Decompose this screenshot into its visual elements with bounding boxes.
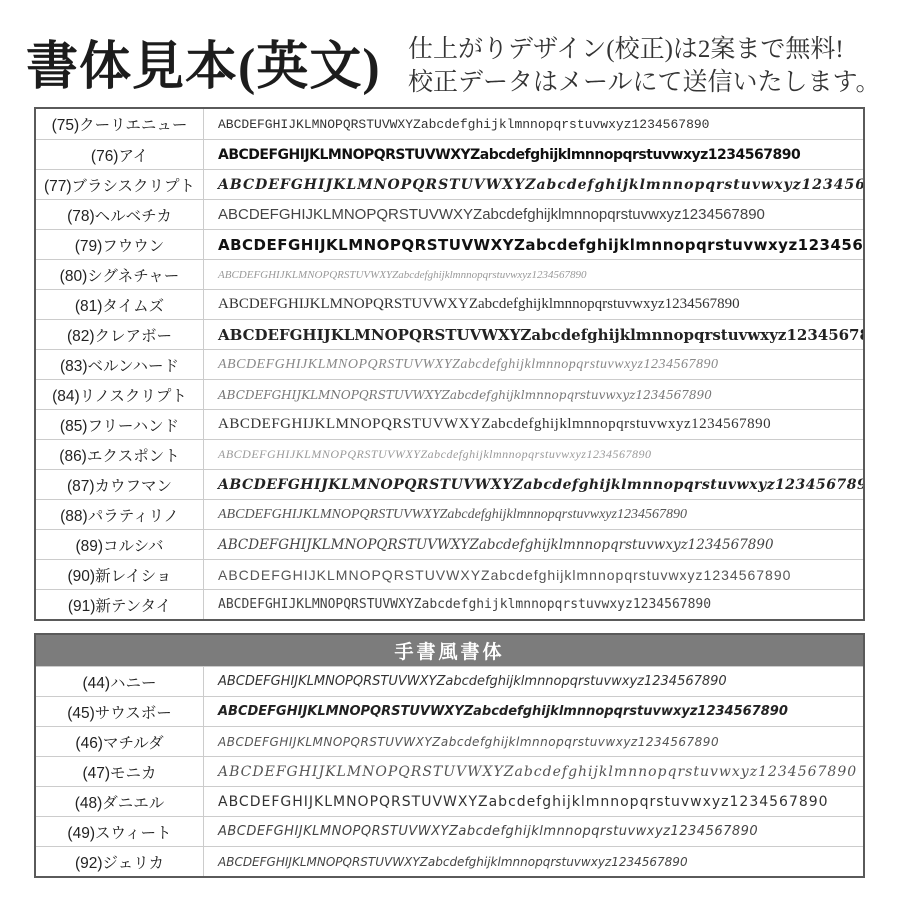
table-row: (78)ヘルベチカ ABCDEFGHIJKLMNOPQRSTUVWXYZabcd… [36,199,863,229]
table-row: (92)ジェリカ ABCDEFGHIJKLMNOPQRSTUVWXYZabcde… [36,846,863,876]
font-sample: ABCDEFGHIJKLMNOPQRSTUVWXYZabcdefghijklmn… [204,697,863,726]
table-row: (76)アイ ABCDEFGHIJKLMNOPQRSTUVWXYZabcdefg… [36,139,863,169]
table-row: (91)新テンタイ ABCDEFGHIJKLMNOPQRSTUVWXYZabcd… [36,589,863,619]
font-label: (89)コルシバ [36,530,204,559]
font-sample: ABCDEFGHIJKLMNOPQRSTUVWXYZabcdefghijklmn… [204,470,863,499]
promo-line-1: 仕上がりデザイン(校正)は2案まで無料! [408,33,881,66]
font-sample: ABCDEFGHIJKLMNOPQRSTUVWXYZabcdefghijklmn… [204,350,863,379]
table-row: (80)シグネチャー ABCDEFGHIJKLMNOPQRSTUVWXYZabc… [36,259,863,289]
table-row: (47)モニカ ABCDEFGHIJKLMNOPQRSTUVWXYZabcdef… [36,756,863,786]
table-row: (48)ダニエル ABCDEFGHIJKLMNOPQRSTUVWXYZabcde… [36,786,863,816]
table-row: (46)マチルダ ABCDEFGHIJKLMNOPQRSTUVWXYZabcde… [36,726,863,756]
font-label: (79)フウウン [36,230,204,259]
table-row: (86)エクスポント ABCDEFGHIJKLMNOPQRSTUVWXYZabc… [36,439,863,469]
font-label: (81)タイムズ [36,290,204,319]
table-row: (79)フウウン ABCDEFGHIJKLMNOPQRSTUVWXYZabcde… [36,229,863,259]
font-label: (84)リノスクリプト [36,380,204,409]
font-sample: ABCDEFGHIJKLMNOPQRSTUVWXYZabcdefghijklmn… [204,290,863,319]
font-label: (49)スウィート [36,817,204,846]
table-row: (85)フリーハンド ABCDEFGHIJKLMNOPQRSTUVWXYZabc… [36,409,863,439]
table-row: (87)カウフマン ABCDEFGHIJKLMNOPQRSTUVWXYZabcd… [36,469,863,499]
font-sample: ABCDEFGHIJKLMNOPQRSTUVWXYZabcdefghijklmn… [204,230,863,259]
font-sample: ABCDEFGHIJKLMNOPQRSTUVWXYZabcdefghijklmn… [204,530,863,559]
page-title: 書体見本(英文) [26,24,381,99]
table-row: (83)ベルンハード ABCDEFGHIJKLMNOPQRSTUVWXYZabc… [36,349,863,379]
font-label: (87)カウフマン [36,470,204,499]
font-label: (80)シグネチャー [36,260,204,289]
font-label: (92)ジェリカ [36,847,204,876]
font-label: (44)ハニー [36,667,204,696]
font-sample: ABCDEFGHIJKLMNOPQRSTUVWXYZabcdefghijklmn… [204,817,863,846]
table-row: (82)クレアボー ABCDEFGHIJKLMNOPQRSTUVWXYZabcd… [36,319,863,349]
font-label: (86)エクスポント [36,440,204,469]
font-label: (88)パラティリノ [36,500,204,529]
font-table-english: (75)クーリエニュー ABCDEFGHIJKLMNOPQRSTUVWXYZab… [34,107,865,621]
font-sample: ABCDEFGHIJKLMNOPQRSTUVWXYZabcdefghijklmn… [204,440,863,469]
font-sample: ABCDEFGHIJKLMNOPQRSTUVWXYZabcdefghijklmn… [204,260,863,289]
font-sample: ABCDEFGHIJKLMNOPQRSTUVWXYZabcdefghijklmn… [204,320,863,349]
font-sample: ABCDEFGHIJKLMNOPQRSTUVWXYZabcdefghijklmn… [204,140,863,169]
table-row: (84)リノスクリプト ABCDEFGHIJKLMNOPQRSTUVWXYZab… [36,379,863,409]
font-label: (78)ヘルベチカ [36,200,204,229]
font-sample: ABCDEFGHIJKLMNOPQRSTUVWXYZabcdefghijklmn… [204,757,863,786]
table-row: (77)ブラシスクリプト ABCDEFGHIJKLMNOPQRSTUVWXYZa… [36,169,863,199]
font-label: (75)クーリエニュー [36,109,204,139]
font-label: (85)フリーハンド [36,410,204,439]
font-label: (77)ブラシスクリプト [36,170,204,199]
font-sample: ABCDEFGHIJKLMNOPQRSTUVWXYZabcdefghijklmn… [204,560,863,589]
font-sample: ABCDEFGHIJKLMNOPQRSTUVWXYZabcdefghijklmn… [204,590,863,619]
font-label: (91)新テンタイ [36,590,204,619]
font-label: (45)サウスボー [36,697,204,726]
table-row: (81)タイムズ ABCDEFGHIJKLMNOPQRSTUVWXYZabcde… [36,289,863,319]
table-row: (75)クーリエニュー ABCDEFGHIJKLMNOPQRSTUVWXYZab… [36,109,863,139]
promo-line-2: 校正データはメールにて送信いたします。 [408,66,881,99]
table-row: (44)ハニー ABCDEFGHIJKLMNOPQRSTUVWXYZabcdef… [36,666,863,696]
font-sample: ABCDEFGHIJKLMNOPQRSTUVWXYZabcdefghijklmn… [204,170,863,199]
font-label: (48)ダニエル [36,787,204,816]
font-sample: ABCDEFGHIJKLMNOPQRSTUVWXYZabcdefghijklmn… [204,109,863,139]
table-row: (45)サウスボー ABCDEFGHIJKLMNOPQRSTUVWXYZabcd… [36,696,863,726]
font-table-handwriting: 手書風書体 (44)ハニー ABCDEFGHIJKLMNOPQRSTUVWXYZ… [34,633,865,878]
font-label: (82)クレアボー [36,320,204,349]
font-sample: ABCDEFGHIJKLMNOPQRSTUVWXYZabcdefghijklmn… [204,200,863,229]
font-sample: ABCDEFGHIJKLMNOPQRSTUVWXYZabcdefghijklmn… [204,410,863,439]
font-sample: ABCDEFGHIJKLMNOPQRSTUVWXYZabcdefghijklmn… [204,500,863,529]
font-sample: ABCDEFGHIJKLMNOPQRSTUVWXYZabcdefghijklmn… [204,667,863,696]
font-label: (83)ベルンハード [36,350,204,379]
table-row: (90)新レイショ ABCDEFGHIJKLMNOPQRSTUVWXYZabcd… [36,559,863,589]
table-row: (49)スウィート ABCDEFGHIJKLMNOPQRSTUVWXYZabcd… [36,816,863,846]
font-sample: ABCDEFGHIJKLMNOPQRSTUVWXYZabcdefghijklmn… [204,380,863,409]
font-sample: ABCDEFGHIJKLMNOPQRSTUVWXYZabcdefghijklmn… [204,847,863,876]
table-row: (89)コルシバ ABCDEFGHIJKLMNOPQRSTUVWXYZabcde… [36,529,863,559]
table-row: (88)パラティリノ ABCDEFGHIJKLMNOPQRSTUVWXYZabc… [36,499,863,529]
font-label: (76)アイ [36,140,204,169]
font-sample-sheet: 書体見本(英文) 仕上がりデザイン(校正)は2案まで無料! 校正データはメールに… [0,0,900,900]
font-sample: ABCDEFGHIJKLMNOPQRSTUVWXYZabcdefghijklmn… [204,787,863,816]
font-label: (47)モニカ [36,757,204,786]
section-header-handwriting: 手書風書体 [36,635,863,666]
font-label: (46)マチルダ [36,727,204,756]
font-label: (90)新レイショ [36,560,204,589]
promo-text: 仕上がりデザイン(校正)は2案まで無料! 校正データはメールにて送信いたします。 [408,33,881,99]
font-sample: ABCDEFGHIJKLMNOPQRSTUVWXYZabcdefghijklmn… [204,727,863,756]
